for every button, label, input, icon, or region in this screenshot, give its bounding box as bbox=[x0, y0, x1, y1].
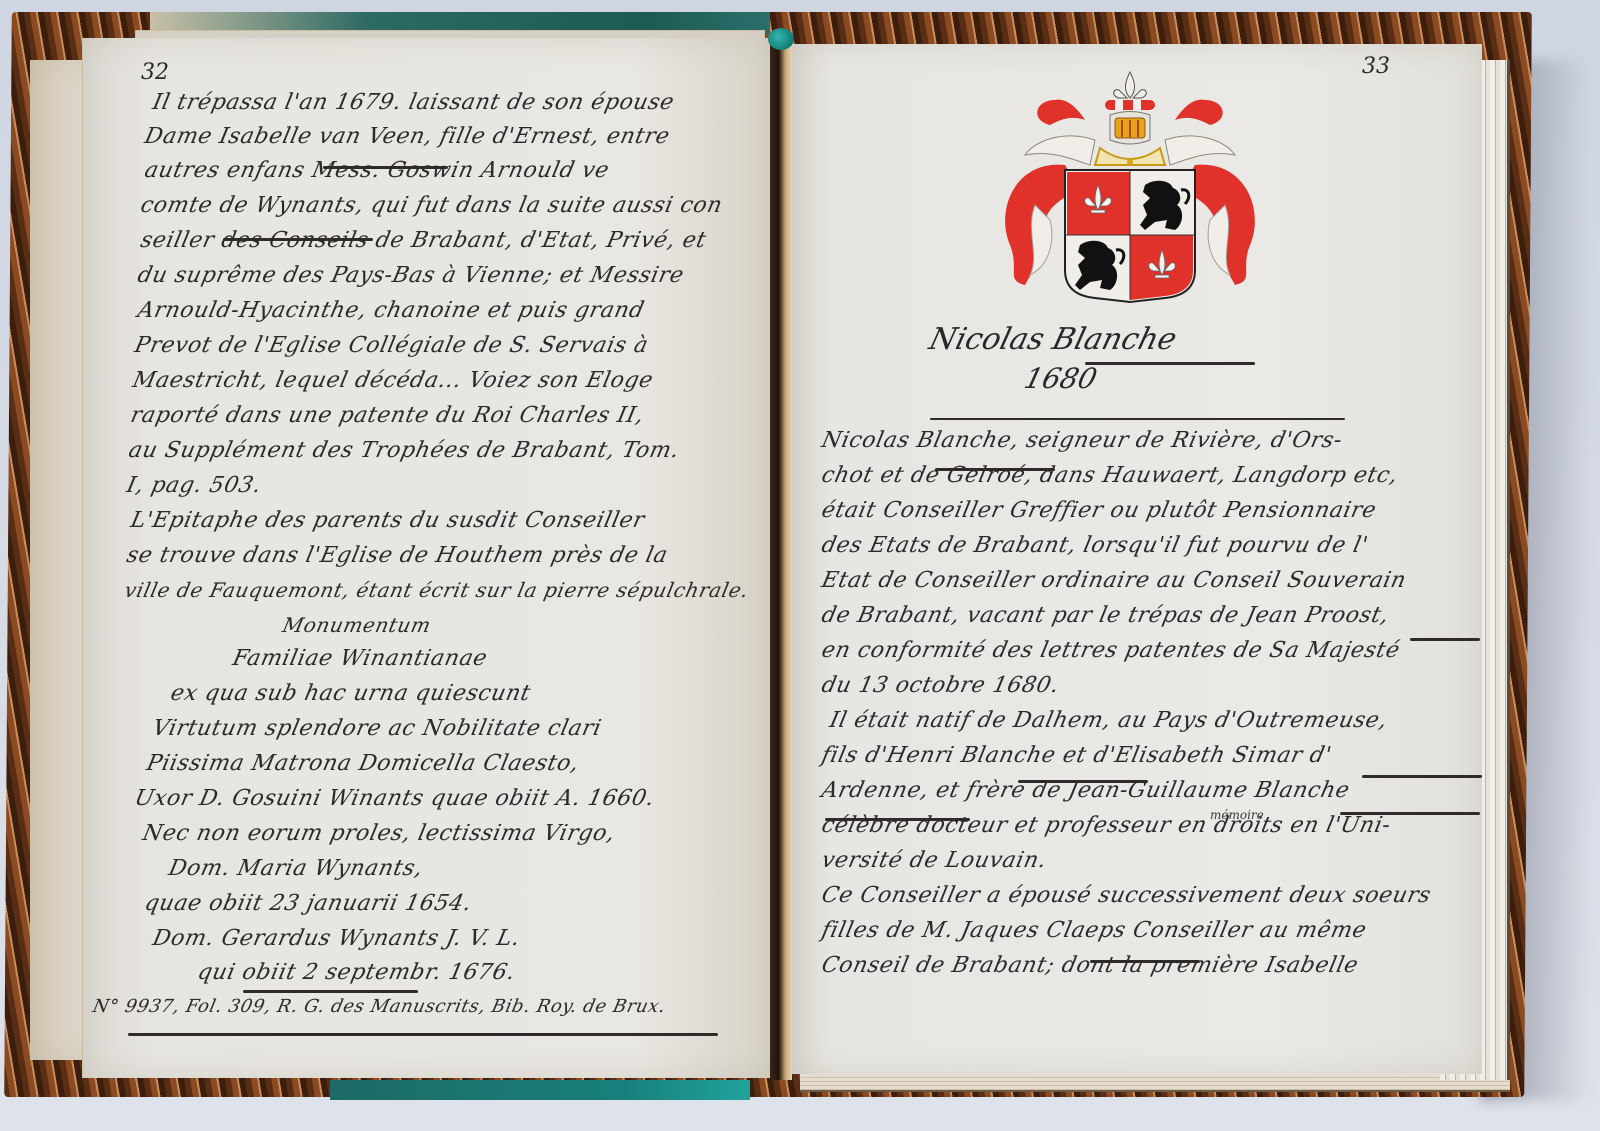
epitaph-line: ex qua sub hac urna quiescunt bbox=[168, 681, 533, 706]
manuscript-reference: N° 9937, Fol. 309, R. G. des Manuscrits,… bbox=[91, 996, 668, 1017]
epitaph-intro-line: se trouve dans l'Eglise de Houthem près … bbox=[124, 543, 670, 568]
epitaph-intro-line: ville de Fauquemont, étant écrit sur la … bbox=[122, 578, 751, 602]
text-line: du suprême des Pays-Bas à Vienne; et Mes… bbox=[135, 263, 686, 288]
page-number-left: 32 bbox=[141, 60, 169, 85]
text-line: versité de Louvain. bbox=[819, 848, 1049, 873]
text-line: autres enfans Mess. Goswin Arnould ve bbox=[142, 158, 611, 183]
epitaph-line: Dom. Gerardus Wynants J. V. L. bbox=[150, 926, 522, 951]
text-line: Ce Conseiller a épousé successivement de… bbox=[819, 883, 1433, 908]
epitaph-line: Virtutum splendore ac Nobilitate clari bbox=[150, 716, 603, 741]
text-line: fils d'Henri Blanche et d'Elisabeth Sima… bbox=[819, 743, 1334, 768]
underlying-page-edge bbox=[30, 60, 90, 1060]
epitaph-line: Familiae Winantianae bbox=[230, 646, 489, 671]
epitaph-line: qui obiit 2 septembr. 1676. bbox=[195, 960, 517, 985]
text-line: Il était natif de Dalhem, au Pays d'Outr… bbox=[827, 708, 1389, 733]
text-line: seiller des Conseils de Brabant, d'Etat,… bbox=[138, 228, 708, 253]
text-line: Prevot de l'Eglise Collégiale de S. Serv… bbox=[132, 333, 650, 358]
text-line: en conformité des lettres patentes de Sa… bbox=[819, 638, 1402, 663]
text-line: Il trépassa l'an 1679. laissant de son é… bbox=[150, 90, 676, 115]
coat-of-arms-icon bbox=[995, 70, 1265, 340]
text-line-content: Dame Isabelle van Veen, fille d'Ernest, … bbox=[142, 124, 672, 149]
text-line: raporté dans une patente du Roi Charles … bbox=[128, 403, 646, 428]
epitaph-intro-line: L'Epitaphe des parents du susdit Conseil… bbox=[128, 508, 647, 533]
left-page: 32 Il trépassa l'an 1679. laissant de so… bbox=[82, 38, 772, 1078]
text-line: Maestricht, lequel décéda... Voiez son E… bbox=[130, 368, 655, 393]
underline-simar bbox=[1362, 775, 1482, 778]
underline-caption-name bbox=[1085, 362, 1255, 365]
text-line: comte de Wynants, qui fut dans la suite … bbox=[138, 193, 724, 218]
text-line: du 13 octobre 1680. bbox=[819, 673, 1061, 698]
text-line: Arnould-Hyacinthe, chanoine et puis gran… bbox=[135, 298, 646, 323]
epitaph-line: Nec non eorum proles, lectissima Virgo, bbox=[140, 821, 617, 846]
text-line: filles de M. Jaques Claeps Conseiller au… bbox=[819, 918, 1369, 943]
text-line: au Supplément des Trophées de Brabant, T… bbox=[126, 438, 681, 463]
closing-rule bbox=[128, 1033, 718, 1036]
text-line: chot et de Gelroé, dans Hauwaert, Langdo… bbox=[819, 463, 1400, 488]
underline-proost bbox=[1410, 638, 1480, 641]
caption-last-name: Blanche bbox=[1049, 322, 1180, 357]
epitaph-line: Monumentum bbox=[280, 613, 433, 637]
page-number-right: 33 bbox=[1362, 54, 1390, 79]
text-line: de Brabant, vacant par le trépas de Jean… bbox=[819, 603, 1391, 628]
text-line: était Conseiller Greffier ou plutôt Pens… bbox=[819, 498, 1378, 523]
underline-obiit bbox=[243, 990, 418, 993]
text-line: Etat de Conseiller ordinaire au Conseil … bbox=[819, 568, 1408, 593]
epitaph-line: Piissima Matrona Domicella Claesto, bbox=[144, 751, 581, 776]
crest-caption-name: Nicolas Blanche bbox=[926, 322, 1181, 357]
text-line: Nicolas Blanche, seigneur de Rivière, d'… bbox=[819, 428, 1344, 453]
cloth-spine-bottom bbox=[330, 1080, 750, 1100]
epitaph-line: Dom. Maria Wynants, bbox=[166, 856, 425, 881]
text-line: Conseil de Brabant; dont la première Isa… bbox=[819, 953, 1360, 978]
text-line: I, pag. 503. bbox=[124, 473, 263, 498]
epitaph-line: Uxor D. Gosuini Winants quae obiit A. 16… bbox=[132, 786, 656, 811]
caption-first-name: Nicolas bbox=[926, 322, 1048, 357]
book-gutter bbox=[770, 40, 792, 1080]
text-line: des Etats de Brabant, lorsqu'il fut pour… bbox=[819, 533, 1370, 558]
text-line: Ardenne, et frère de Jean-Guillaume Blan… bbox=[819, 778, 1352, 803]
section-rule bbox=[930, 418, 1345, 420]
text-line: Dame Isabelle van Veen, fille d'Ernest, … bbox=[142, 124, 672, 149]
epitaph-line: quae obiit 23 januarii 1654. bbox=[142, 891, 474, 916]
crest-caption-year: 1680 bbox=[1021, 362, 1100, 395]
text-line: célèbre docteur et professeur en droits … bbox=[819, 813, 1393, 838]
spine-headband bbox=[768, 28, 794, 50]
